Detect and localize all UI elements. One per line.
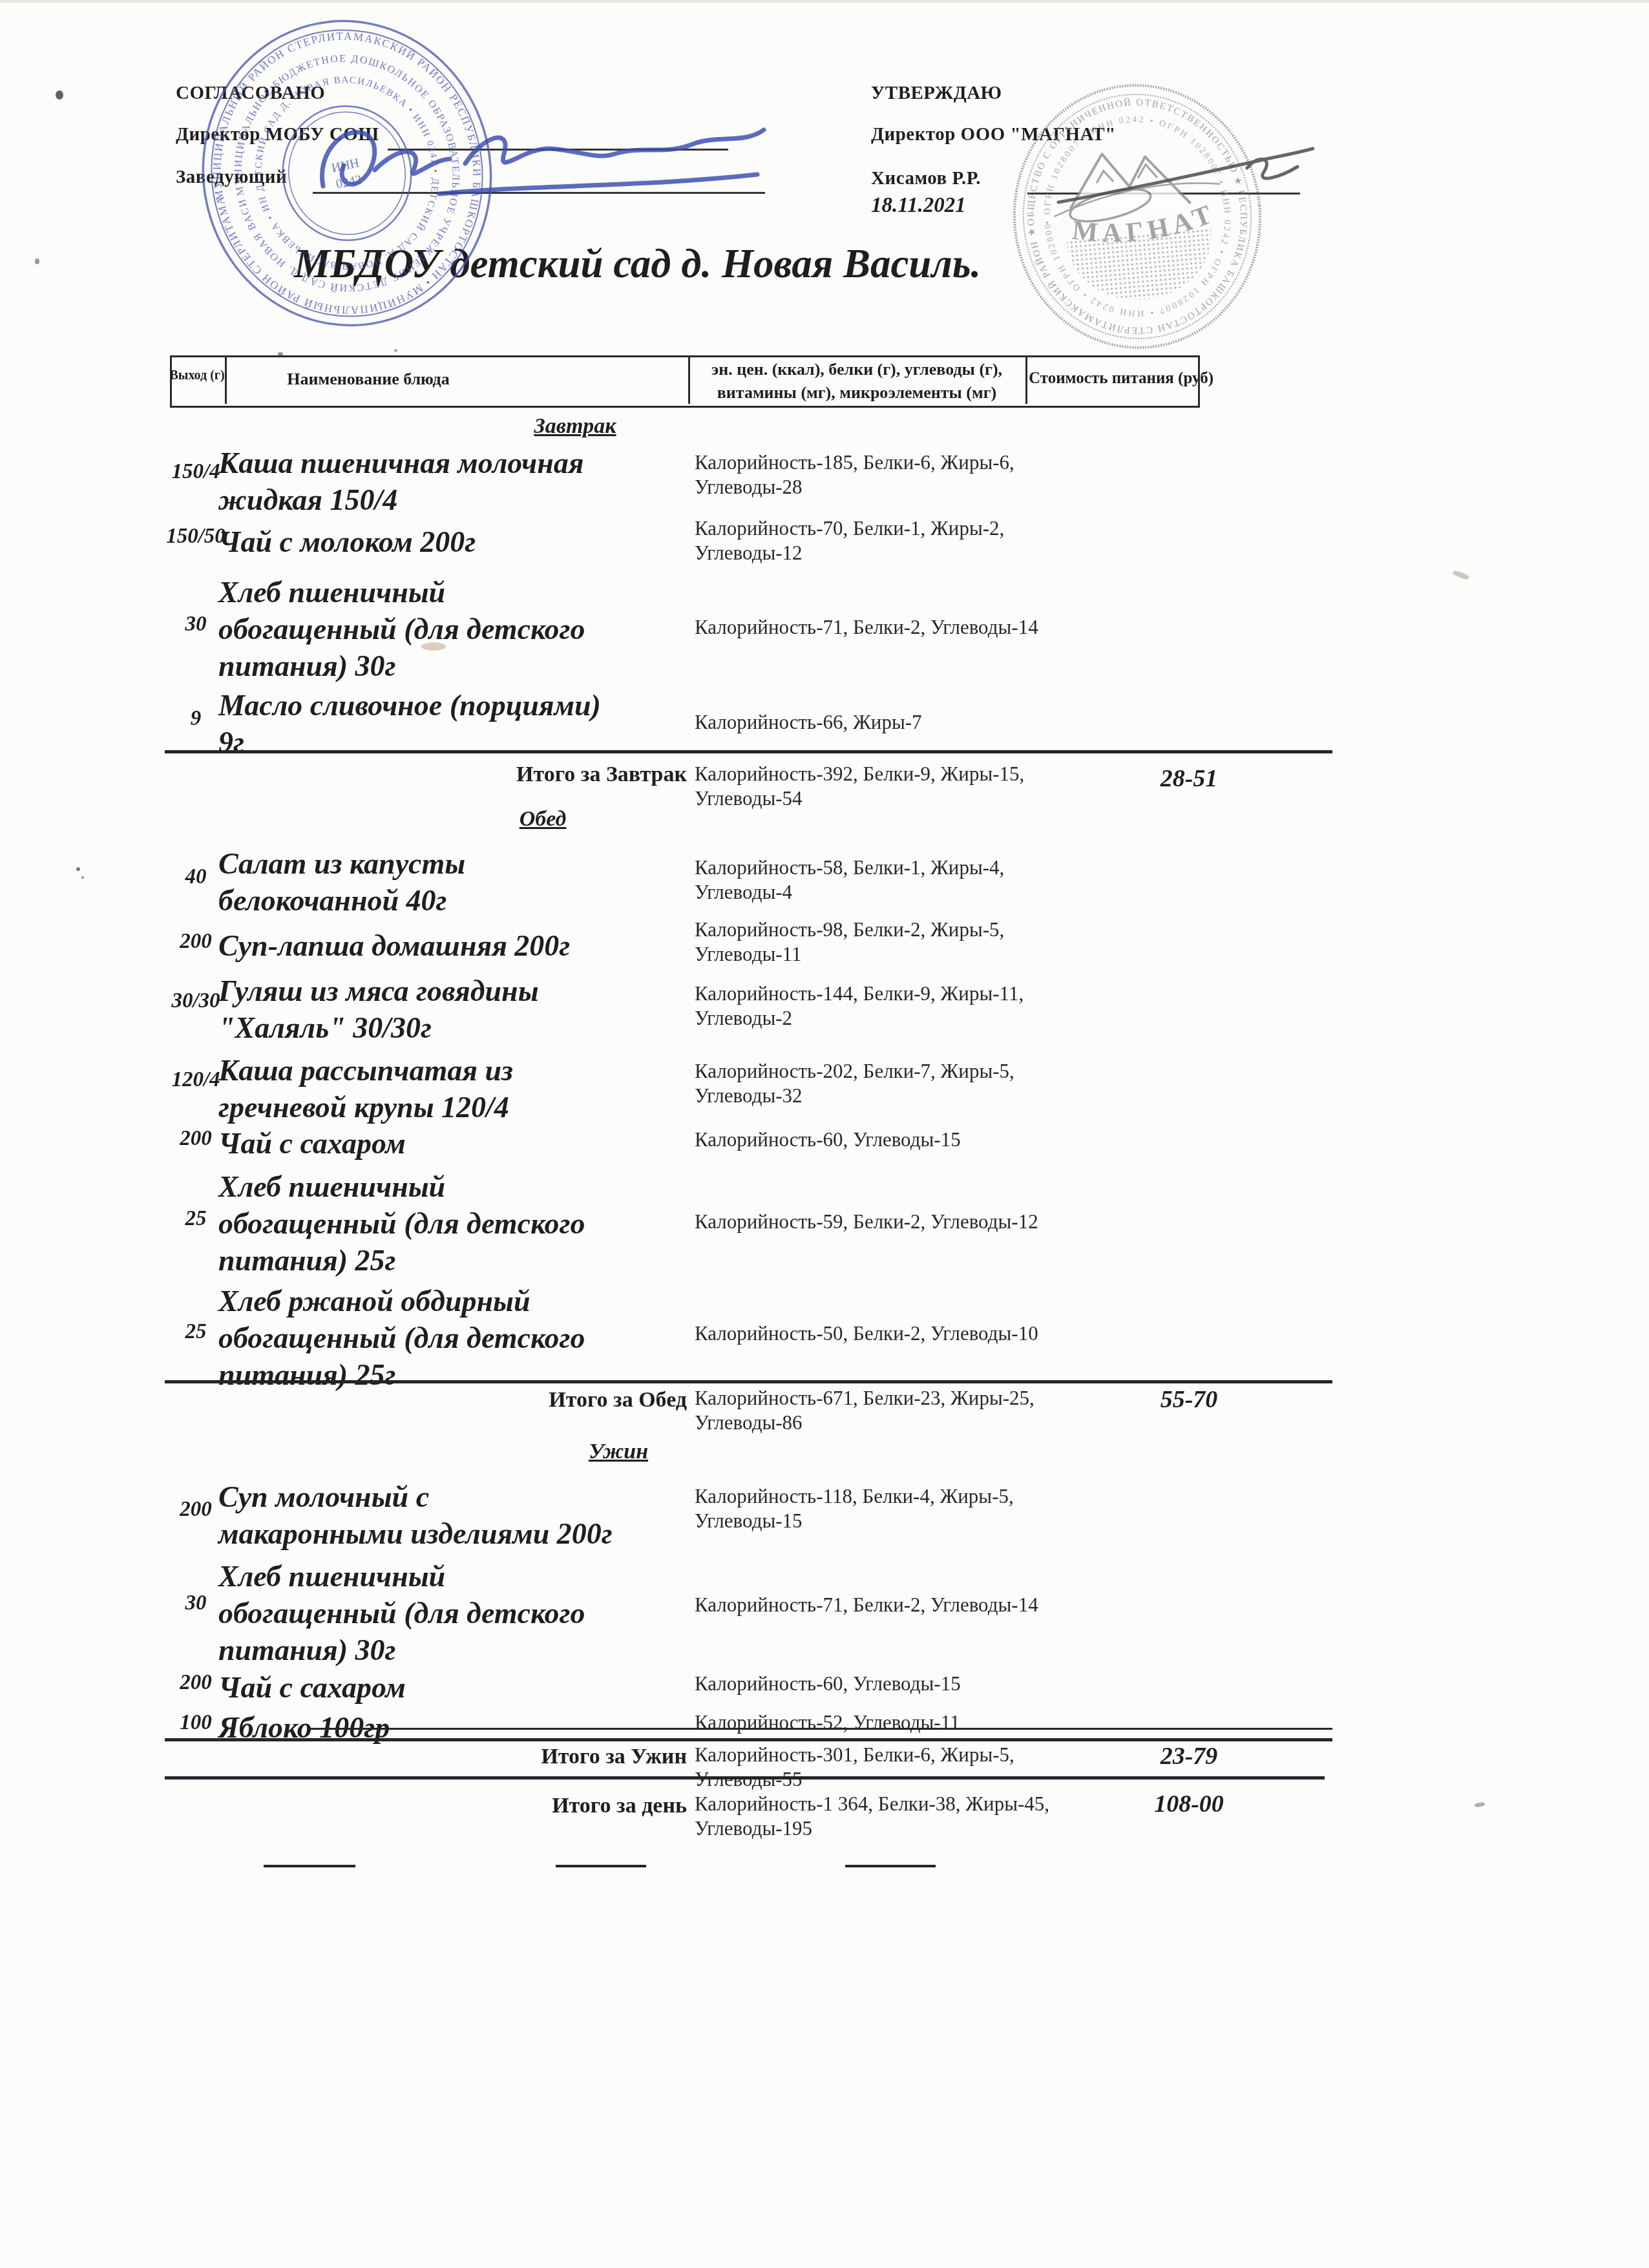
dish-nutrition-line: Углеводы-28	[695, 476, 803, 499]
breakfast-total-nutrition-1: Калорийность-392, Белки-9, Жиры-15,	[695, 762, 1024, 786]
dish-nutrition-line: Калорийность-71, Белки-2, Углеводы-14	[695, 616, 1038, 639]
breakfast-total-label: Итого за Завтрак	[362, 762, 687, 787]
dish-name-line: Гуляш из мяса говядины	[218, 974, 539, 1008]
col-header-dish: Наименование блюда	[226, 370, 510, 389]
dish-name-line: Масло сливочное (порциями)	[218, 688, 601, 722]
bottom-dash-2	[556, 1865, 646, 1867]
dish-name-line: Хлеб пшеничный	[218, 1559, 445, 1593]
rule-dinner-thin	[309, 1728, 1332, 1730]
dish-name-line: макаронными изделиями 200г	[218, 1517, 613, 1551]
dish-name-line: Хлеб пшеничный	[218, 1170, 445, 1204]
scan-speck	[76, 867, 80, 871]
dinner-total-label: Итого за Ужин	[362, 1745, 687, 1769]
dish-name-line: Каша пшеничная молочная	[218, 446, 584, 480]
scan-speck	[394, 349, 397, 352]
dish-name-line: Каша рассыпчатая из	[218, 1053, 513, 1087]
dish-name-line: Хлеб пшеничный	[218, 575, 445, 609]
section-label-breakfast: Завтрак	[510, 414, 640, 439]
dish-nutrition-line: Углеводы-2	[695, 1007, 792, 1030]
dish-name-line: Чай с молоком 200г	[218, 525, 476, 559]
col-header-price: Стоимость питания (руб)	[1029, 370, 1195, 388]
dish-name-line: Хлеб ржаной обдирный	[218, 1284, 530, 1318]
dish-nutrition-line: Углеводы-12	[695, 541, 803, 565]
dish-nutrition-line: Калорийность-118, Белки-4, Жиры-5,	[695, 1485, 1014, 1508]
scan-speck	[1452, 570, 1469, 580]
dish-name-line: белокочанной 40г	[218, 883, 447, 918]
lunch-total-price: 55-70	[1124, 1385, 1254, 1414]
magnat-stamp: ОБЩЕСТВО С ОГРАНИЧЕННОЙ ОТВЕТСТВЕННОСТЬЮ…	[1009, 81, 1265, 352]
dish-name-line: Салат из капусты	[218, 846, 465, 881]
dish-nutrition-line: Углеводы-32	[695, 1084, 803, 1108]
approval-right-name: Хисамов Р.Р.	[871, 168, 981, 189]
scan-speck	[81, 876, 84, 879]
col-header-output: Выход (г)	[167, 368, 227, 383]
scan-speck	[56, 90, 63, 100]
day-total-price: 108-00	[1124, 1790, 1254, 1818]
dinner-total-nutrition-2: Углеводы-55	[695, 1768, 803, 1791]
scanned-menu-page: СОГЛАСОВАНО Директор МОБУ СОШ Заведующий…	[0, 0, 1649, 2268]
scan-smudge	[421, 642, 446, 651]
day-total-label: Итого за день	[362, 1794, 687, 1818]
left-handwritten-signature	[304, 109, 782, 218]
dish-name-line: обогащенный (для детского	[218, 1206, 585, 1241]
dish-name-line: питания) 25г	[218, 1358, 396, 1392]
dish-nutrition-line: Углеводы-11	[695, 943, 801, 966]
dish-nutrition-line: Калорийность-70, Белки-1, Жиры-2,	[695, 517, 1004, 540]
header-divider-2	[688, 357, 690, 404]
dish-nutrition-line: Калорийность-185, Белки-6, Жиры-6,	[695, 451, 1014, 474]
dish-name-line: питания) 25г	[218, 1243, 396, 1277]
dish-nutrition-line: Калорийность-50, Белки-2, Углеводы-10	[695, 1322, 1038, 1345]
approval-right-date: 18.11.2021	[871, 194, 966, 218]
breakfast-total-price: 28-51	[1124, 764, 1254, 793]
dish-name-line: Суп молочный с	[218, 1480, 429, 1514]
dish-name-line: Чай с сахаром	[218, 1126, 406, 1160]
dish-nutrition-line: Калорийность-59, Белки-2, Углеводы-12	[695, 1210, 1038, 1234]
dish-name-line: 9г	[218, 725, 244, 759]
dish-nutrition-line: Углеводы-15	[695, 1509, 803, 1533]
section-label-lunch: Обед	[478, 807, 607, 832]
dinner-total-nutrition-1: Калорийность-301, Белки-6, Жиры-5,	[695, 1743, 1014, 1767]
rule-day-total	[165, 1776, 1325, 1780]
lunch-total-nutrition-2: Углеводы-86	[695, 1411, 803, 1434]
section-label-dinner: Ужин	[554, 1440, 683, 1464]
approval-right-heading: УТВЕРЖДАЮ	[871, 83, 1002, 104]
dish-nutrition-line: Углеводы-4	[695, 881, 792, 904]
dish-name-line: Суп-лапша домашняя 200г	[218, 929, 570, 963]
dish-nutrition-line: Калорийность-60, Углеводы-15	[695, 1128, 961, 1151]
dish-name-line: "Халяль" 30/30г	[218, 1011, 432, 1045]
rule-dinner-total	[165, 1738, 1332, 1741]
dish-nutrition-line: Калорийность-98, Белки-2, Жиры-5,	[695, 918, 1004, 941]
scan-speck	[35, 258, 39, 264]
rule-lunch-total	[165, 1380, 1332, 1383]
lunch-total-label: Итого за Обед	[362, 1388, 687, 1412]
bottom-dash-3	[845, 1865, 936, 1867]
day-total-nutrition-2: Углеводы-195	[695, 1817, 812, 1840]
dish-nutrition-line: Калорийность-66, Жиры-7	[695, 711, 922, 734]
dish-name-line: питания) 30г	[218, 1633, 396, 1667]
col-header-nutrition-line1: эн. цен. (ккал), белки (г), углеводы (г)…	[695, 360, 1019, 379]
rule-breakfast-total	[165, 750, 1332, 753]
dish-name-line: питания) 30г	[218, 649, 396, 683]
scan-edge	[0, 0, 1649, 3]
col-header-nutrition-line2: витамины (мг), микроэлементы (мг)	[695, 383, 1019, 403]
bottom-dash-1	[264, 1865, 355, 1867]
dish-nutrition-line: Калорийность-58, Белки-1, Жиры-4,	[695, 856, 1004, 879]
header-divider-3	[1025, 357, 1027, 404]
breakfast-total-nutrition-2: Углеводы-54	[695, 787, 803, 810]
dish-nutrition-line: Калорийность-144, Белки-9, Жиры-11,	[695, 982, 1024, 1005]
dish-name-line: обогащенный (для детского	[218, 1596, 585, 1630]
dish-name-line: обогащенный (для детского	[218, 612, 585, 646]
dish-name-line: гречневой крупы 120/4	[218, 1090, 509, 1124]
dish-name-line: обогащенный (для детского	[218, 1321, 585, 1355]
dinner-total-price: 23-79	[1124, 1742, 1254, 1770]
day-total-nutrition-1: Калорийность-1 364, Белки-38, Жиры-45,	[695, 1792, 1049, 1816]
dish-name-line: жидкая 150/4	[218, 483, 397, 517]
lunch-total-nutrition-1: Калорийность-671, Белки-23, Жиры-25,	[695, 1387, 1035, 1410]
dish-nutrition-line: Калорийность-60, Углеводы-15	[695, 1672, 961, 1696]
dish-name-line: Чай с сахаром	[218, 1670, 406, 1705]
scan-speck	[1475, 1802, 1486, 1808]
dish-nutrition-line: Калорийность-71, Белки-2, Углеводы-14	[695, 1593, 1038, 1617]
right-handwritten-signature	[1053, 141, 1318, 209]
dish-nutrition-line: Калорийность-202, Белки-7, Жиры-5,	[695, 1060, 1014, 1083]
dish-nutrition-line: Калорийность-52, Углеводы-11	[695, 1711, 960, 1734]
